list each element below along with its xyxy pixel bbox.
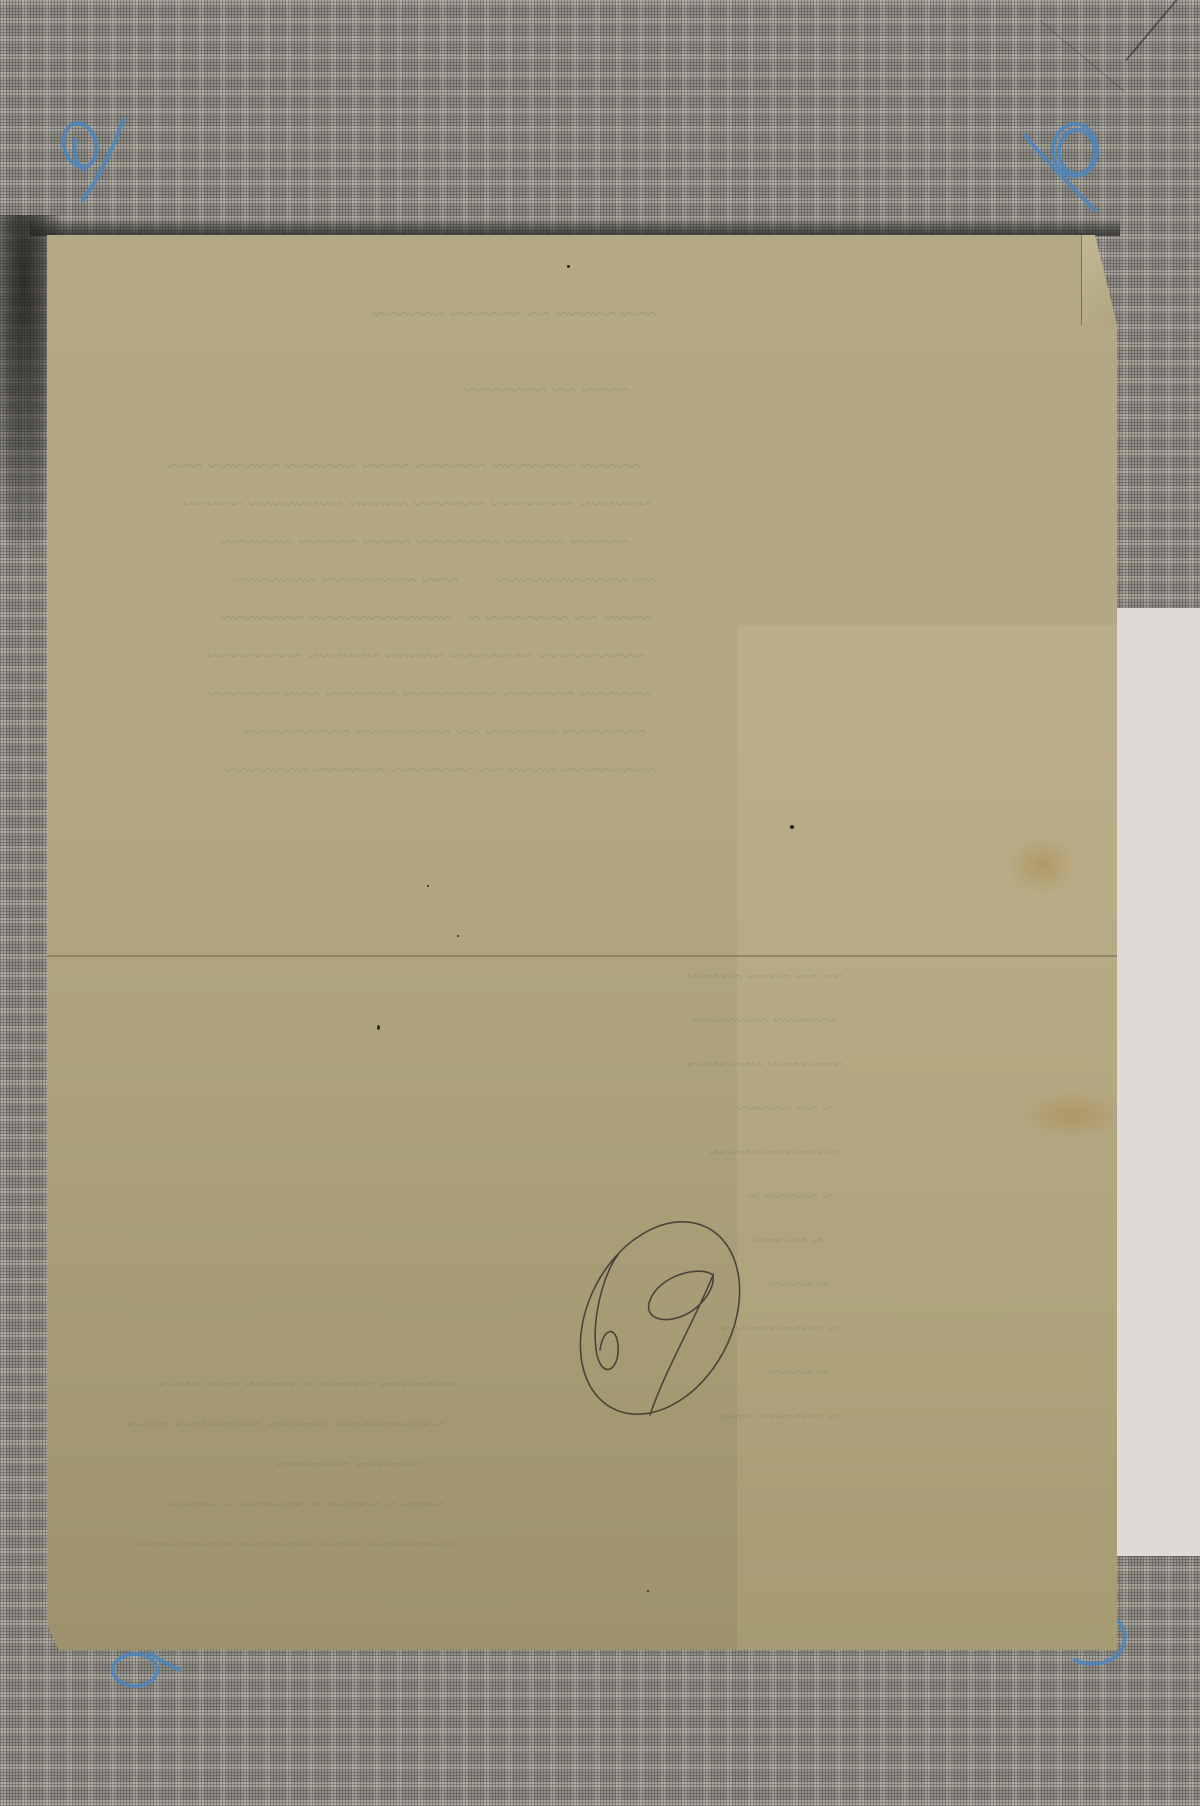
backdrop-guide-line bbox=[1125, 0, 1184, 61]
backdrop-guide-line bbox=[1039, 20, 1124, 91]
page-number-mark bbox=[555, 1200, 745, 1420]
horizontal-fold bbox=[47, 955, 1117, 957]
ink-speck bbox=[790, 825, 794, 829]
corner-mark-top-left bbox=[45, 100, 135, 210]
ink-speck bbox=[647, 1590, 649, 1592]
ink-speck bbox=[377, 1025, 380, 1030]
corner-mark-top-right bbox=[1015, 110, 1115, 220]
stain-mark bbox=[1017, 1090, 1127, 1140]
manuscript-leaf: ~~~ ~~~~~ ~~ ~~~~~~ ~~~~~~ ~~~~ ~~ ~~~~~… bbox=[47, 235, 1117, 1650]
ink-speck bbox=[427, 885, 429, 887]
show-through-writing: ~~~ ~~~~~ ~~ ~~~~~~ ~~~~~~ ~~~~ ~~ ~~~~~… bbox=[167, 295, 657, 789]
show-through-writing: ~~~~~~~ ~~~~~ ~ ~~~~~ ~~~ ~~~~ ~~~~~~~~~… bbox=[127, 1365, 455, 1565]
folded-corner bbox=[1081, 235, 1118, 325]
corner-mark-bottom-left bbox=[95, 1648, 195, 1698]
paper-shadow bbox=[30, 218, 1120, 236]
ink-speck bbox=[457, 935, 459, 937]
stain-mark bbox=[1007, 835, 1077, 895]
ink-speck bbox=[567, 265, 570, 268]
white-paper-strip bbox=[1112, 608, 1200, 1556]
scan-stage: 9 9 9 9 ~~~ ~~~~~ ~~ ~~~~~~ ~~~~~~ ~~~~ … bbox=[0, 0, 1200, 1806]
